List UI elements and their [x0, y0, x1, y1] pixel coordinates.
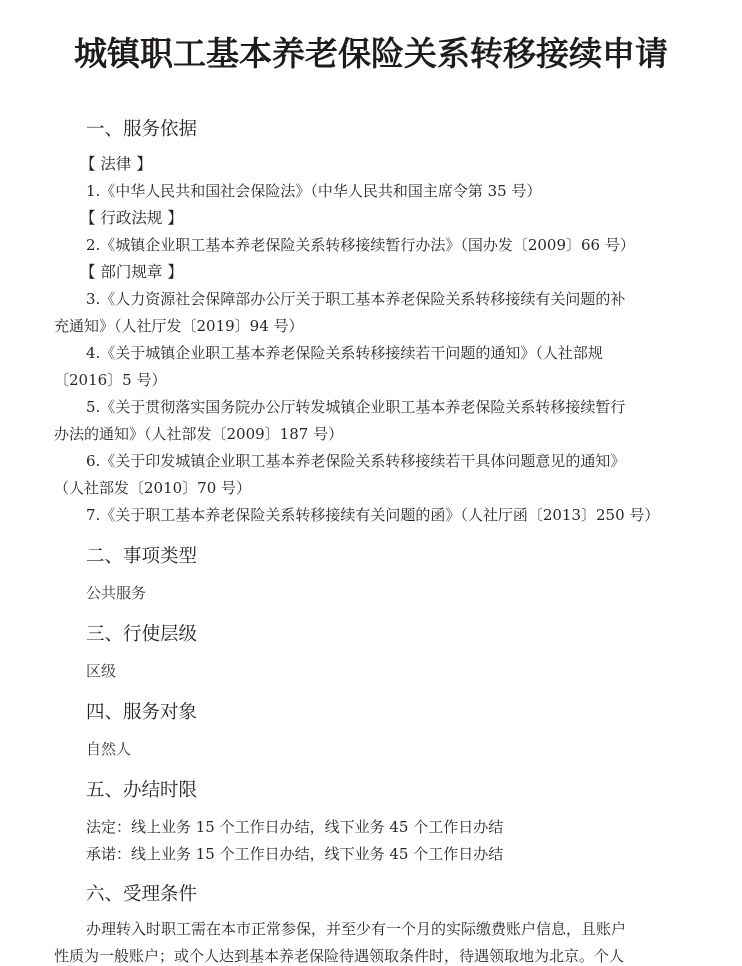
statutory-time-limit: 法定：线上业务 15 个工作日办结，线下业务 45 个工作日办结 [86, 816, 503, 837]
promised-time-limit: 承诺：线上业务 15 个工作日办结，线下业务 45 个工作日办结 [86, 843, 503, 864]
exercise-level-value: 区级 [86, 660, 116, 681]
item-type-value: 公共服务 [86, 582, 146, 603]
reference-item-continued: （人社部发〔2010〕70 号） [54, 477, 251, 498]
section-heading-acceptance-conditions: 六、受理条件 [86, 880, 197, 906]
section-heading-service-target: 四、服务对象 [86, 698, 197, 724]
service-target-value: 自然人 [86, 738, 131, 759]
section-heading-processing-time: 五、办结时限 [86, 776, 197, 802]
reference-item-continued: 办法的通知》（人社部发〔2009〕187 号） [54, 423, 343, 444]
acceptance-conditions-text: 办理转入时职工需在本市正常参保，并至少有一个月的实际缴费账户信息，且账户 [86, 918, 626, 939]
category-tag-law: 【 法律 】 [80, 152, 152, 174]
reference-item: 3.《人力资源社会保障部办公厅关于职工基本养老保险关系转移接续有关问题的补 [86, 288, 625, 309]
category-tag-administrative-regulations: 【 行政法规 】 [80, 206, 183, 228]
reference-item: 2.《城镇企业职工基本养老保险关系转移接续暂行办法》（国办发〔2009〕66 号… [86, 234, 635, 255]
reference-item-continued: 充通知》（人社厅发〔2019〕94 号） [54, 315, 304, 336]
document-title: 城镇职工基本养老保险关系转移接续申请 [0, 28, 742, 75]
section-heading-item-type: 二、事项类型 [86, 542, 197, 568]
acceptance-conditions-text-continued: 性质为一般账户；或个人达到基本养老保险待遇领取条件时，待遇领取地为北京。个人 [54, 945, 624, 966]
reference-item-continued: 〔2016〕5 号） [54, 369, 167, 390]
reference-item: 6.《关于印发城镇企业职工基本养老保险关系转移接续若干具体问题意见的通知》 [86, 450, 625, 471]
reference-item: 4.《关于城镇企业职工基本养老保险关系转移接续若干问题的通知》（人社部规 [86, 342, 603, 363]
section-heading-service-basis: 一、服务依据 [86, 115, 197, 141]
category-tag-departmental-rules: 【 部门规章 】 [80, 260, 183, 282]
reference-item: 5.《关于贯彻落实国务院办公厅转发城镇企业职工基本养老保险关系转移接续暂行 [86, 396, 625, 417]
section-heading-exercise-level: 三、行使层级 [86, 620, 197, 646]
reference-item: 7.《关于职工基本养老保险关系转移接续有关问题的函》（人社厅函〔2013〕250… [86, 504, 659, 525]
reference-item: 1.《中华人民共和国社会保险法》（中华人民共和国主席令第 35 号） [86, 180, 541, 201]
